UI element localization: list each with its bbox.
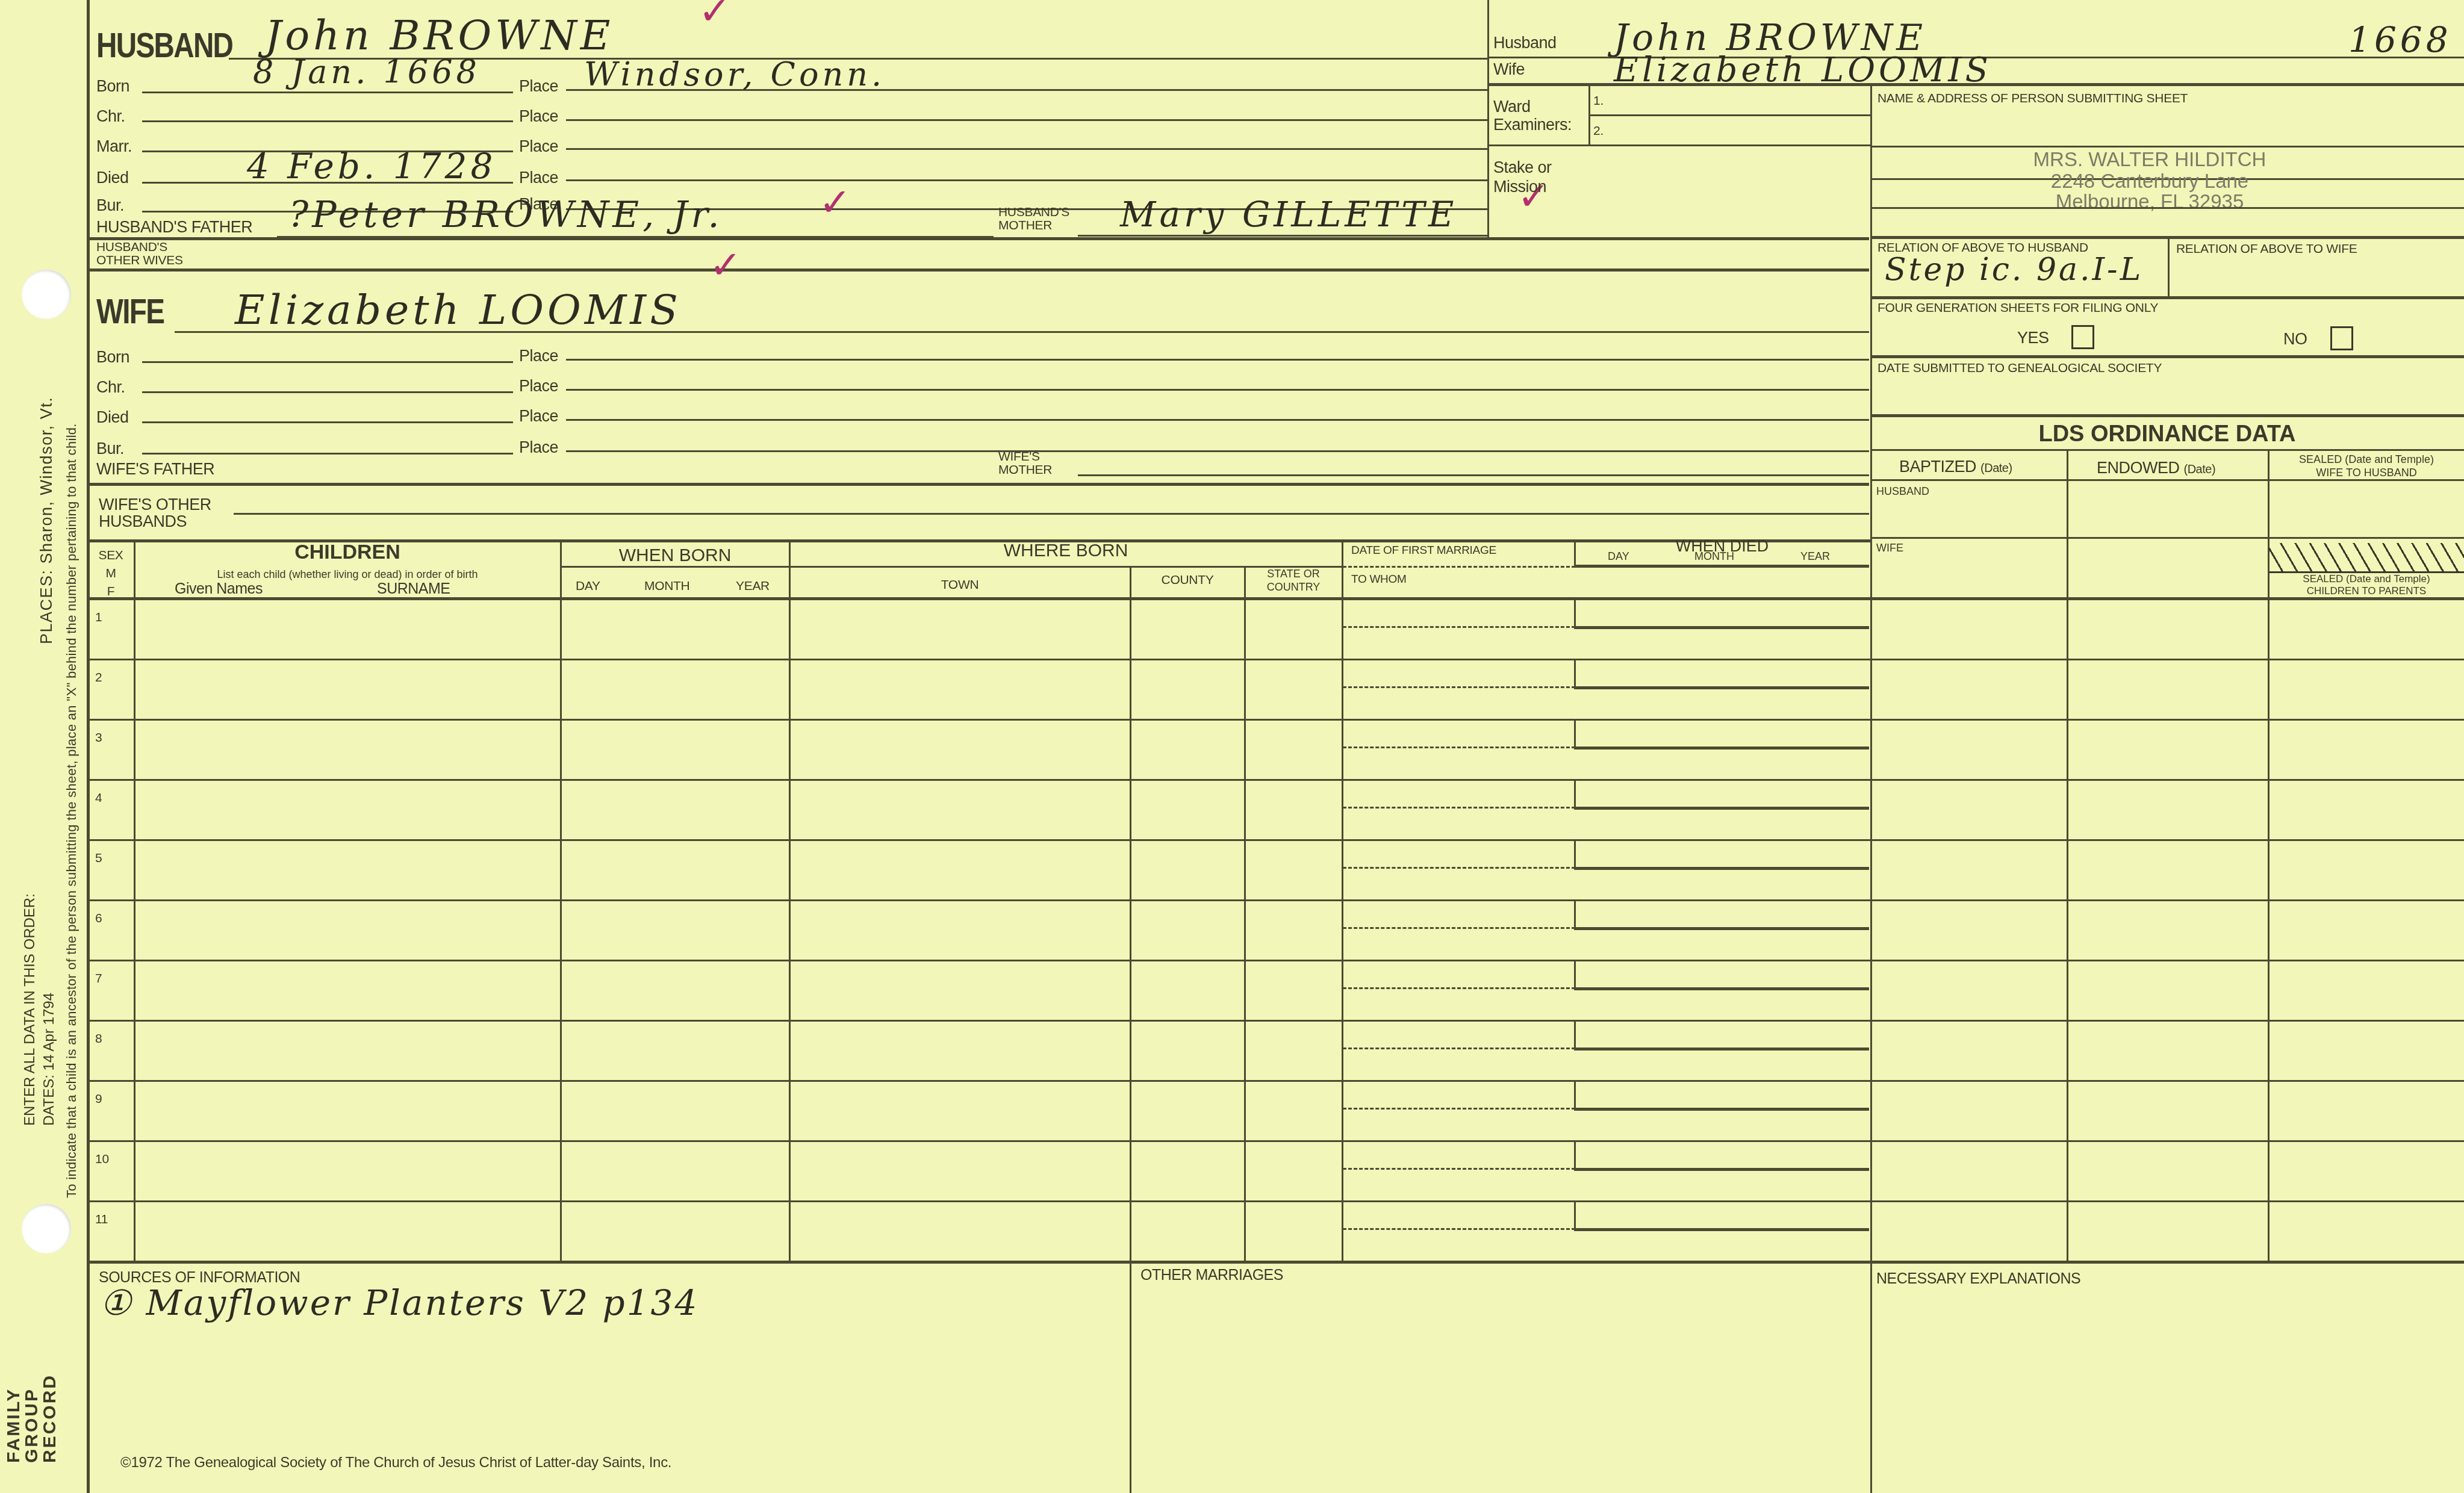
died-cell-divider <box>1574 899 1576 928</box>
ward-examiners-label: Ward Examiners: <box>1493 98 1572 134</box>
row-number: 6 <box>95 911 102 926</box>
died-cell-line <box>1574 1048 1869 1051</box>
row-divider <box>87 1200 2464 1202</box>
row-number: 1 <box>95 610 102 625</box>
died-cell-divider <box>1574 960 1576 989</box>
surname-header: SURNAME <box>377 580 450 598</box>
binder-hole-bottom <box>22 1204 71 1253</box>
other-wives-label-2: OTHER WIVES <box>96 254 183 267</box>
husband-heading: HUSBAND <box>96 25 232 66</box>
died-cell-line <box>1574 686 1869 689</box>
lds-sealed-cp-header: SEALED (Date and Temple) CHILDREN TO PAR… <box>2269 573 2464 597</box>
form-title-line: FAMILY <box>5 1374 23 1463</box>
other-wives-label-1: HUSBAND'S <box>96 241 183 254</box>
form-title: FAMILY GROUP RECORD <box>5 1374 59 1463</box>
wife-chr-place-line <box>566 389 1869 391</box>
header-year-value[interactable]: 1668 <box>2348 19 2452 60</box>
wife-chr-date-line <box>142 391 513 393</box>
examiner-1-label: 1. <box>1593 94 1604 108</box>
when-born-header: WHEN BORN <box>561 545 789 566</box>
born-label: Born <box>96 348 129 367</box>
divider <box>1870 207 2464 209</box>
died-cell-divider <box>1574 779 1576 808</box>
margin-enter-order: ENTER ALL DATA IN THIS ORDER: <box>22 893 39 1126</box>
no-checkbox[interactable] <box>2330 326 2353 350</box>
died-cell-line <box>1574 1228 1869 1231</box>
four-gen-label: FOUR GENERATION SHEETS FOR FILING ONLY <box>1878 301 2158 315</box>
husband-mother-label-1: HUSBAND'S <box>998 206 1069 219</box>
endowed-label: ENDOWED <box>2097 459 2180 477</box>
marriage-dash <box>1343 927 1575 929</box>
col-divider-sex <box>134 541 135 1262</box>
lds-baptized-header: BAPTIZED (Date) <box>1899 458 2012 476</box>
submitter-name[interactable]: MRS. WALTER HILDITCH <box>2005 148 2294 171</box>
lds-husband-row: HUSBAND <box>1876 485 1929 498</box>
stake-mission-label: Stake or Mission <box>1493 158 1552 196</box>
date-submitted-label: DATE SUBMITTED TO GENEALOGICAL SOCIETY <box>1878 361 2162 376</box>
state-header: STATE OR COUNTRY <box>1245 567 1342 594</box>
wife-bur-date-line <box>142 453 513 455</box>
first-marriage-header: DATE OF FIRST MARRIAGE <box>1351 544 1496 557</box>
born-date-line <box>142 92 513 93</box>
other-marriages-label: OTHER MARRIAGES <box>1140 1267 1283 1284</box>
divider <box>1487 144 1871 146</box>
given-names-header: Given Names <box>175 580 263 598</box>
sources-value[interactable]: ① Mayflower Planters V2 p134 <box>100 1282 698 1323</box>
children-bottom-border <box>87 1261 2464 1264</box>
form-title-line: GROUP <box>23 1374 41 1463</box>
divider <box>87 268 1869 272</box>
divider <box>1870 537 2464 539</box>
died-place-line <box>566 179 1487 181</box>
died-cell-line <box>1574 626 1869 629</box>
husband-born-date[interactable]: 8 Jan. 1668 <box>253 53 481 91</box>
marr-place-line <box>566 148 1487 150</box>
lds-endowed-header: ENDOWED (Date) <box>2097 459 2215 477</box>
row-number: 7 <box>95 972 102 986</box>
wife-father-label: WIFE'S FATHER <box>96 460 214 479</box>
lds-sealed-wh-header: SEALED (Date and Temple) WIFE TO HUSBAND <box>2269 453 2464 479</box>
m-label: M <box>88 565 134 583</box>
divider <box>1870 296 2464 299</box>
no-label: NO <box>2283 330 2307 349</box>
place-label: Place <box>519 107 558 126</box>
row-divider <box>87 1140 2464 1142</box>
binder-hole-top <box>22 270 71 319</box>
other-husbands-label-2: HUSBANDS <box>99 513 211 530</box>
chr-place-line <box>566 119 1487 121</box>
marriage-dash <box>1343 867 1575 869</box>
whenborn-sub-line <box>560 566 789 568</box>
ward-label: Ward <box>1493 98 1572 116</box>
row-number: 11 <box>95 1212 108 1227</box>
marriage-dash <box>1343 686 1575 688</box>
row-number: 8 <box>95 1032 102 1046</box>
died-cell-divider <box>1574 719 1576 748</box>
died-cell-divider <box>1574 598 1576 627</box>
died-year-header: YEAR <box>1800 550 1830 563</box>
chr-date-line <box>142 120 513 122</box>
divider <box>1588 114 1871 116</box>
died-cell-divider <box>1574 659 1576 688</box>
row-divider <box>87 960 2464 961</box>
wife-mother-label-2: MOTHER <box>998 464 1052 477</box>
wife-mother-label-1: WIFE'S <box>998 450 1052 464</box>
place-label: Place <box>519 77 558 96</box>
county-header: COUNTY <box>1131 573 1244 588</box>
row-number: 2 <box>95 671 102 685</box>
died-cell-divider <box>1574 1080 1576 1109</box>
wife-mother-line <box>1078 474 1869 476</box>
died-cell-line <box>1574 807 1869 810</box>
place-label: Place <box>519 407 558 426</box>
died-month-header: MONTH <box>1694 550 1734 563</box>
margin-dates: DATES: 14 Apr 1794 <box>41 993 58 1126</box>
husband-mother-label: HUSBAND'S MOTHER <box>998 206 1069 232</box>
marriage-dash <box>1343 626 1575 628</box>
stake-label: Stake or <box>1493 158 1552 177</box>
sealed-wh-2: WIFE TO HUSBAND <box>2269 466 2464 479</box>
born-year-header: YEAR <box>736 579 770 594</box>
died-cell-line <box>1574 867 1869 870</box>
marriage-dash <box>1343 1048 1575 1049</box>
died-cell-line <box>1574 987 1869 990</box>
marriage-dash <box>1343 1108 1575 1110</box>
left-border <box>87 0 90 1493</box>
row-divider <box>87 659 2464 660</box>
yes-checkbox[interactable] <box>2071 325 2094 349</box>
wife-check-icon: ✓ <box>709 243 742 288</box>
divider <box>1870 355 2464 358</box>
wife-other-husbands-line <box>234 513 1869 515</box>
husband-mother-value[interactable]: Mary GILLETTE <box>1120 194 1457 235</box>
row-divider <box>87 1020 2464 1022</box>
husband-father-check-icon: ✓ <box>819 181 851 225</box>
place-label: Place <box>519 438 558 457</box>
baptized-label: BAPTIZED <box>1899 458 1976 476</box>
marriage-dash <box>1343 746 1575 748</box>
husband-born-place[interactable]: Windsor, Conn. <box>584 55 885 93</box>
col-divider-name <box>560 541 562 1262</box>
state-label-2: COUNTRY <box>1245 580 1342 594</box>
examiners-label: Examiners: <box>1493 116 1572 134</box>
row-divider <box>87 1080 2464 1082</box>
sex-header: SEX M F <box>88 547 134 601</box>
wife-bur-place-line <box>566 450 1869 452</box>
row-number: 10 <box>95 1152 109 1167</box>
relation-husband-value[interactable]: Step ic. 9a.I-L <box>1885 252 2143 288</box>
row-divider <box>87 779 2464 781</box>
relation-wife-label: RELATION OF ABOVE TO WIFE <box>2176 242 2357 256</box>
died-cell-divider <box>1574 1140 1576 1169</box>
wife-mother-label: WIFE'S MOTHER <box>998 450 1052 477</box>
wife-other-husbands-label: WIFE'S OTHER HUSBANDS <box>99 496 211 530</box>
sealed-cp-2: CHILDREN TO PARENTS <box>2269 585 2464 597</box>
chr-label: Chr. <box>96 378 125 397</box>
place-label: Place <box>519 347 558 365</box>
explanations-label: NECESSARY EXPLANATIONS <box>1876 1270 2080 1288</box>
town-header: TOWN <box>790 578 1130 592</box>
sealed-cp-1: SEALED (Date and Temple) <box>2269 573 2464 585</box>
died-cell-divider <box>1574 839 1576 868</box>
row-divider <box>87 719 2464 721</box>
header-husband-label: Husband <box>1493 34 1557 52</box>
relation-divider <box>2168 237 2170 297</box>
submitter-street[interactable]: 2248 Canterbury Lane <box>2005 170 2294 193</box>
died-cell-line <box>1574 1108 1869 1111</box>
divider <box>1870 236 2464 239</box>
husband-mother-label-2: MOTHER <box>998 219 1069 232</box>
wife-born-date-line <box>142 361 513 363</box>
lds-hatched-area <box>2269 543 2464 573</box>
husband-father-value[interactable]: ?Peter BROWNE, Jr. <box>289 194 723 236</box>
died-header-bottom <box>1574 565 1869 568</box>
divider <box>87 237 1869 240</box>
divider <box>1870 414 2464 417</box>
divider <box>1870 449 2464 451</box>
wife-died-place-line <box>566 419 1869 421</box>
row-number: 3 <box>95 731 102 745</box>
place-label: Place <box>519 377 558 396</box>
died-cell-divider <box>1574 1020 1576 1049</box>
examiner-2-label: 2. <box>1593 124 1604 138</box>
marriage-dash <box>1343 1228 1575 1230</box>
row-number: 5 <box>95 851 102 866</box>
bur-label: Bur. <box>96 439 124 458</box>
divider <box>1487 83 2464 86</box>
died-cell-divider <box>1574 1200 1576 1229</box>
died-cell-line <box>1574 1168 1869 1171</box>
submitter-city[interactable]: Melbourne, FL 32935 <box>2005 190 2294 213</box>
husband-father-label: HUSBAND'S FATHER <box>96 218 252 237</box>
husband-died-date[interactable]: 4 Feb. 1728 <box>247 146 496 187</box>
born-label: Born <box>96 77 129 96</box>
row-number: 9 <box>95 1092 102 1107</box>
col-divider-town <box>1130 566 1131 1262</box>
col-divider-whenborn <box>789 541 791 1262</box>
yes-label: YES <box>2017 329 2049 347</box>
row-divider <box>87 839 2464 841</box>
other-husbands-label-1: WIFE'S OTHER <box>99 496 211 513</box>
marriage-dash <box>1343 807 1575 809</box>
place-label: Place <box>519 169 558 187</box>
children-title: CHILDREN <box>135 541 560 564</box>
ancestor-note: To indicate that a child is an ancestor … <box>64 423 79 1198</box>
baptized-sub: (Date) <box>1980 462 2012 475</box>
mission-label: Mission <box>1493 177 1552 196</box>
wife-died-date-line <box>142 421 513 423</box>
to-whom-header: TO WHOM <box>1351 573 1406 586</box>
wife-born-place-line <box>566 359 1869 361</box>
born-day-header: DAY <box>576 579 600 594</box>
bottom-divider <box>1130 1262 1131 1493</box>
copyright: ©1972 The Genealogical Society of The Ch… <box>120 1454 671 1471</box>
died-cell-line <box>1574 927 1869 930</box>
died-label: Died <box>96 408 129 427</box>
lds-wife-row: WIFE <box>1876 542 1903 554</box>
row-number: 4 <box>95 791 102 805</box>
row-divider <box>87 899 2464 901</box>
husband-other-wives-label: HUSBAND'S OTHER WIVES <box>96 241 183 267</box>
col-divider-state <box>1342 541 1343 1262</box>
header-wife-label: Wife <box>1493 60 1525 79</box>
died-label: Died <box>96 169 129 187</box>
header-divider <box>1487 0 1489 237</box>
place-label: Place <box>519 137 558 156</box>
state-label-1: STATE OR <box>1245 567 1342 580</box>
marr-label: Marr. <box>96 137 132 156</box>
marriage-dash <box>1343 566 1575 568</box>
form-title-line: RECORD <box>41 1374 59 1463</box>
endowed-sub: (Date) <box>2184 463 2216 476</box>
divider <box>87 483 1869 486</box>
husband-mother-line <box>1078 235 1487 237</box>
divider <box>1870 479 2464 481</box>
died-cell-line <box>1574 746 1869 750</box>
born-month-header: MONTH <box>644 579 690 594</box>
divider <box>1870 146 2464 147</box>
wife-heading: WIFE <box>96 291 164 332</box>
f-label: F <box>88 583 134 601</box>
sealed-wh-1: SEALED (Date and Temple) <box>2269 453 2464 466</box>
children-subtitle: List each child (whether living or dead)… <box>135 568 560 581</box>
marriage-dash <box>1343 1168 1575 1170</box>
margin-places: PLACES: Sharon, Windsor, Vt. <box>37 397 56 644</box>
lds-title: LDS ORDINANCE DATA <box>1870 421 2464 447</box>
marriage-dash <box>1343 987 1575 989</box>
right-column-divider <box>1870 84 1872 1493</box>
where-born-header: WHERE BORN <box>790 541 1342 561</box>
husband-check-icon: ✓ <box>698 0 731 34</box>
sex-label: SEX <box>88 547 134 565</box>
chr-label: Chr. <box>96 107 125 126</box>
bur-label: Bur. <box>96 196 124 215</box>
died-day-header: DAY <box>1608 550 1629 563</box>
submitter-label: NAME & ADDRESS OF PERSON SUBMITTING SHEE… <box>1878 92 2188 106</box>
wife-name-value[interactable]: Elizabeth LOOMIS <box>235 287 682 334</box>
col-divider-county <box>1244 566 1246 1262</box>
